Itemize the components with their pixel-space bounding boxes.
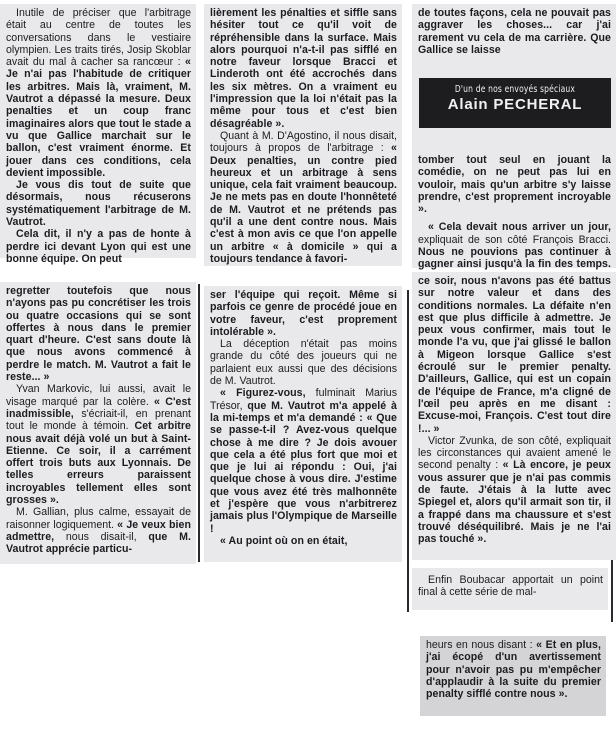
paragraph: La déception n'était pas moins grande du… — [210, 338, 397, 387]
text-bold: « Figurez-vous, — [220, 387, 306, 399]
paragraph: Yvan Markovic, lui aussi, avait le visag… — [6, 383, 191, 506]
text-bold: Cela dit, il n'y a pas de honte à perdre… — [6, 228, 191, 265]
text-plain: Inutile de préciser que l'arbitrage étai… — [6, 7, 191, 68]
column3-clip3: ce soir, nous n'avons pas été battus sur… — [412, 272, 616, 560]
text-bold: « Là encore, je peux vous assurer que je… — [418, 459, 611, 545]
column-rule — [611, 560, 613, 622]
paragraph: ce soir, nous n'avons pas été battus sur… — [418, 275, 611, 435]
text-bold: Cet arbitre nous avait déjà volé un but … — [6, 420, 191, 506]
paragraph: M. Gallian, plus calme, essayait de rais… — [6, 506, 191, 555]
paragraph: ser l'équipe qui reçoit. Même si parfois… — [210, 289, 397, 338]
paragraph: Cela dit, il n'y a pas de honte à perdre… — [6, 228, 191, 265]
column1-clip1: Inutile de préciser que l'arbitrage étai… — [0, 4, 196, 258]
paragraph: lièrement les pénalties et siffle sans h… — [210, 7, 397, 130]
text-bold: « Cela devait nous arriver un jour, — [428, 221, 611, 233]
text-bold: « Je n'ai pas l'habitude de critiquer le… — [6, 56, 191, 179]
paragraph: Enfin Boubacar apportait un point final … — [418, 574, 603, 599]
text-plain: La déception n'était pas moins grande du… — [210, 338, 397, 387]
column3-clip4: Enfin Boubacar apportait un point final … — [412, 568, 608, 610]
paragraph: Inutile de préciser que l'arbitrage étai… — [6, 7, 191, 179]
text-plain: Quant à M. D'Agostino, il nous disait, t… — [210, 130, 397, 154]
column-rule — [407, 290, 409, 612]
paragraph: tomber tout seul en jouant la comédie, o… — [418, 154, 611, 215]
paragraph: Je vous dis tout de suite que désormais,… — [6, 179, 191, 228]
column1-clip2: regretter toutefois que nous n'ayons pas… — [0, 282, 196, 564]
text-bold: lièrement les pénalties et siffle sans h… — [210, 7, 397, 130]
byline-label: D'un de nos envoyés spéciaux — [438, 84, 592, 95]
paragraph: heurs en nous disant : « Et en plus, j'a… — [426, 639, 601, 700]
column3-clip5: heurs en nous disant : « Et en plus, j'a… — [420, 636, 606, 716]
text-bold: ce soir, nous n'avons pas été battus sur… — [418, 275, 611, 435]
text-plain: expliquait de son côté François Bracci. — [418, 234, 611, 246]
text-bold: ser l'équipe qui reçoit. Même si parfois… — [210, 289, 397, 338]
paragraph: « Au point où on en était, — [210, 535, 397, 547]
text-bold: regretter toutefois que nous n'ayons pas… — [6, 285, 191, 383]
text-bold: tomber tout seul en jouant la comédie, o… — [418, 154, 611, 215]
byline-box: D'un de nos envoyés spéciaux Alain PECHE… — [419, 78, 611, 128]
text-bold: « Deux penalties, un contre pied heureux… — [210, 142, 397, 265]
text-bold: que M. Vautrot m'a appelé à la mi-temps … — [210, 400, 397, 535]
text-plain: nous disait-il, — [54, 531, 148, 543]
column-rule — [198, 284, 200, 562]
column3-clip2: tomber tout seul en jouant la comédie, o… — [412, 142, 616, 268]
text-plain: heurs en nous disant : — [426, 639, 536, 651]
text-plain: Enfin Boubacar apportait un point final … — [418, 574, 603, 598]
column2-clip1: lièrement les pénalties et siffle sans h… — [204, 4, 402, 266]
paragraph: Victor Zvunka, de son côté, expliquait l… — [418, 435, 611, 546]
paragraph: de toutes façons, cela ne pouvait pas ag… — [418, 7, 611, 56]
text-bold: de toutes façons, cela ne pouvait pas ag… — [418, 7, 611, 56]
paragraph: Quant à M. D'Agostino, il nous disait, t… — [210, 130, 397, 265]
paragraph: « Figurez-vous, fulminait Marius Trésor,… — [210, 387, 397, 535]
text-bold: Je vous dis tout de suite que désormais,… — [6, 179, 191, 228]
byline-author: Alain PECHERAL — [419, 96, 611, 113]
column2-clip2: ser l'équipe qui reçoit. Même si parfois… — [204, 286, 402, 562]
paragraph: regretter toutefois que nous n'ayons pas… — [6, 285, 191, 383]
text-bold: « Au point où on en était, — [220, 535, 347, 547]
